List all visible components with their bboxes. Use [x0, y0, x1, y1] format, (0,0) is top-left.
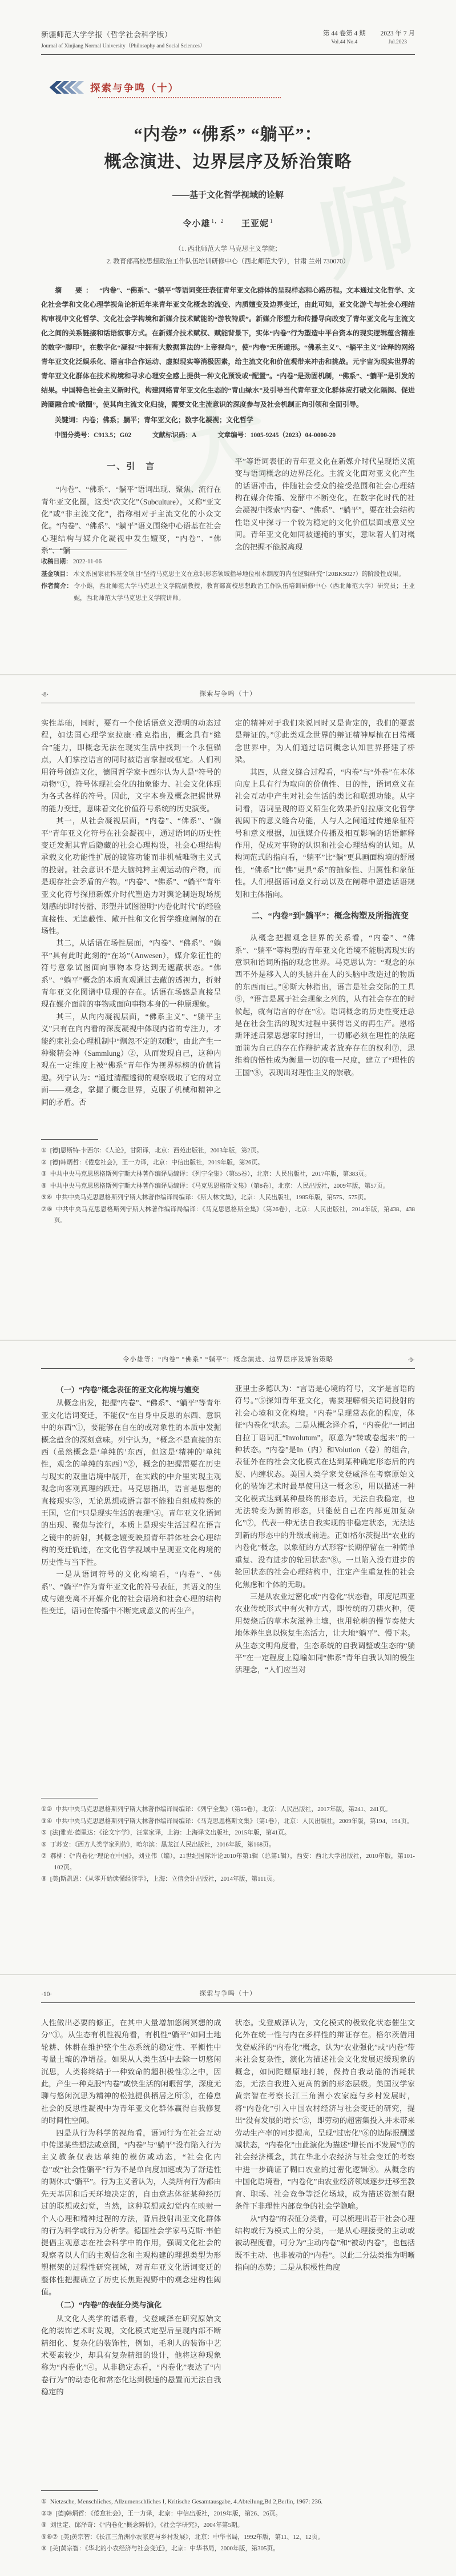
footnote-number: ⑤	[41, 1829, 47, 1836]
body-paragraph: 平”等语词表征的青年亚文化在新媒介时代呈现语义流变与语词概念的边界泛化。主流文化…	[235, 455, 415, 553]
footnote-number: ②③	[41, 2510, 52, 2517]
column-right: 状态。戈登威泽认为，文化模式的极致化状态催生文化外在统一性与内在多样性的辩证存在…	[235, 2017, 415, 2485]
footnote-number: ⑧	[41, 2545, 47, 2552]
classification-line: 中图分类号：C913.5；G02 文献标识码：A 文章编号：1005-9245（…	[41, 429, 415, 442]
authors-line: 令小雄1，2 王亚妮1	[41, 217, 415, 229]
footnote: 作者简介：令小雄，西北师范大学马克思主义学院副教授，教育部高校思想政治工作队伍培…	[41, 580, 415, 604]
footnote: ⑦郝柳：《“内卷化”理论在中国》，刘亚伟（编），21世纪国际评论2010年第1辑…	[41, 1851, 415, 1873]
footnote-number: ①	[41, 1147, 47, 1154]
footnote-list: ①②中共中央马克思恩格斯列宁斯大林著作编译局编译：《列宁全集》（第55卷），北京…	[41, 1804, 415, 1885]
footnote-number: ③	[41, 1171, 47, 1177]
running-header: ·10· 探索与争鸣（十）	[41, 1975, 415, 1998]
footnote-number: ⑤⑥	[41, 1194, 52, 1201]
footnote: 收稿日期：2022-11-06	[41, 556, 415, 568]
clc-label: 中图分类号：	[54, 432, 94, 439]
footnote: ④刘世定、邱泽奇：《“内卷化”概念辨析》，《社会学研究》，2004年第5期。	[41, 2520, 415, 2531]
footnote: ⑤[法]雅克·德里达：《论文字学》，汪堂家译，上海：上海译文出版社，2015年版…	[41, 1828, 415, 1839]
footnote: ⑤⑥⑦[美]黄宗智：《长江三角洲小农家庭与乡村发展》，北京：中华书局，1992年…	[41, 2532, 415, 2543]
title-line-1: “内卷” “佛系” “躺平”：	[134, 125, 322, 144]
journal-date: 2023 年 7 月 Jul.2023	[381, 29, 415, 45]
volume-cn: 第 44 卷第 4 期	[323, 29, 366, 38]
header-rule	[41, 1368, 415, 1369]
section-heading: （二）“内卷”的表征分类与演化	[41, 2299, 221, 2311]
running-title: 探索与争鸣（十）	[81, 689, 375, 698]
column-right: 平”等语词表征的青年亚文化在新媒介时代呈现语义流变与语词概念的边界泛化。主流文化…	[235, 455, 415, 561]
body-paragraph: 人性做出必要的修正，在其中大量增加悠闲冥想的成分”①。从生态有机性视角看，有机性…	[41, 2017, 221, 2127]
journal-name-cn: 新疆师范大学学报（哲学社会科学版）	[41, 29, 205, 39]
footnotes: ①②中共中央马克思恩格斯列宁斯大林著作编译局编译：《列宁全集》（第55卷），北京…	[41, 1798, 415, 1886]
clc-value: C913.5；G02	[94, 432, 131, 439]
body-paragraph: 从概念出发，把握“内卷”、“佛系”、“躺平”等青年亚文化语词变迁，不能仅“在自身…	[41, 1397, 221, 1568]
abstract-text: “内卷”、“佛系”、“躺平”等语词变迁表征青年亚文化群体的呈现样态和心路历程。文…	[41, 286, 415, 408]
banner-underline	[98, 97, 281, 98]
date-en: Jul.2023	[381, 39, 415, 45]
footnote-label: 基金项目：	[41, 571, 72, 578]
footnote: ③中共中央马克思恩格斯列宁斯大林著作编译局编译：《列宁全集》（第55卷），北京：…	[41, 1169, 415, 1180]
footnote-number: ⑦⑧	[41, 1206, 53, 1213]
clc-number: 中图分类号：C913.5；G02	[54, 432, 131, 439]
footnote: ③④中共中央马克思恩格斯列宁斯大林著作编译局编译：《马克思恩格斯文集》（第1卷）…	[41, 1816, 415, 1828]
running-header: ·8· 探索与争鸣（十）	[41, 675, 415, 698]
footnote: ④中共中央马克思恩格斯列宁斯大林著作编译局编译：《马克思恩格斯文集》（第8卷），…	[41, 1181, 415, 1192]
journal-volume: 第 44 卷第 4 期 Vol.44 No.4	[323, 29, 366, 45]
footnote: ①②中共中央马克思恩格斯列宁斯大林著作编译局编译：《列宁全集》（第55卷），北京…	[41, 1804, 415, 1816]
footnote-divider	[41, 2490, 98, 2491]
doc-code-value: A	[192, 432, 196, 439]
page-number: ·8·	[41, 691, 81, 698]
footnote: 基金项目：本文系国家社科基金项目“坚持马克思主义在意识形态领域指导地位根本制度的…	[41, 568, 415, 580]
title-line-2: 概念演进、边界层序及矫治策略	[104, 153, 352, 171]
article-number: 文章编号：1005-9245（2023）04-0000-20	[217, 432, 336, 439]
affiliation-line: （1. 西北师范大学 马克思主义学院；	[41, 243, 415, 255]
keywords-label: 关键词：	[55, 416, 82, 424]
footnote: ②③[德]韩炳哲：《倦怠社会》，王一力译，北京：中信出版社，2019年版，第26…	[41, 2509, 415, 2520]
volume-en: Vol.44 No.4	[323, 39, 366, 45]
column-right: 定的精神对于我们来说同时又是肯定的，我们的要素是辩证的。”③此类观念世界的辩证精…	[235, 717, 415, 1141]
body-paragraph: 状态。戈登威泽认为，文化模式的极致化状态催生文化外在统一性与内在多样性的辩证存在…	[235, 2017, 415, 2213]
body-paragraph: 其三，从向内凝视层面，“佛系主义”、“躺平主义”只有在向内看的深度凝视中体现内省…	[41, 1011, 221, 1108]
keywords-text: 内卷；佛系；躺平；青年亚文化；数字化凝视；文化哲学	[82, 416, 253, 424]
column-right: 亚里士多德认为：“言语是心境的符号，文字是言语的符号。”⑤探知青年亚文化，需要理…	[235, 1383, 415, 1802]
column-left: 人性做出必要的修正，在其中大量增加悠闲冥想的成分”①。从生态有机性视角看，有机性…	[41, 2017, 221, 2485]
body-paragraph: 实性基础，同时，要有一个使话语意义澄明的动态过程，如法国心理学家拉康·雅克指出，…	[41, 717, 221, 815]
doc-code: 文献标识码：A	[152, 432, 196, 439]
affiliation-line: 2. 教育部高校思想政治工作队伍培训研修中心（西北师范大学），甘肃 兰州 730…	[41, 255, 415, 268]
footnote-number: ③④	[41, 1818, 52, 1825]
footnote: ⑤⑥中共中央马克思恩格斯列宁斯大林著作编译局编译：《斯大林文集》，北京：人民出版…	[41, 1192, 415, 1204]
keywords: 关键词：内卷；佛系；躺平；青年亚文化；数字化凝视；文化哲学	[41, 413, 415, 427]
abstract: 摘 要：“内卷”、“佛系”、“躺平”等语词变迁表征青年亚文化群体的呈现样态和心路…	[41, 283, 415, 412]
journal-header: 新疆师范大学学报（哲学社会科学版） Journal of Xinjiang No…	[41, 0, 415, 49]
page-number: ·10·	[41, 1991, 81, 1998]
footnote-number: ②	[41, 1159, 47, 1166]
page-1: 师 大 新疆师范大学学报（哲学社会科学版） Journal of Xinjian…	[0, 0, 456, 674]
banner-title: 探索与争鸣（十）	[90, 81, 179, 95]
column-left: 实性基础，同时，要有一个使话语意义澄明的动态过程，如法国心理学家拉康·雅克指出，…	[41, 717, 221, 1141]
footnotes: ①[德]恩斯特·卡西尔：《人论》，甘阳译，北京：西苑出版社，2003年版，第2页…	[41, 1139, 415, 1227]
header-rule	[41, 54, 415, 55]
first-page-notes: 收稿日期：2022-11-06基金项目：本文系国家社科基金项目“坚持马克思主义在…	[41, 550, 415, 604]
author-name: 令小雄	[183, 219, 210, 229]
body-paragraph: 从“内卷”的表征分类看，可以梳理出若干社会心理结构或行为模式上的分类，一是从心理…	[235, 2213, 415, 2274]
body-paragraph: 从文化人类学的谱系看，戈登威泽在研究原始文化的装饰艺术时发现，文化模式定型后呈现…	[41, 2313, 221, 2398]
column-left: （一）“内卷”概念表征的亚文化构境与嬗变从概念出发，把握“内卷”、“佛系”、“躺…	[41, 1383, 221, 1802]
running-title: 探索与争鸣（十）	[81, 1989, 375, 1998]
footnote-number: ⑤⑥⑦	[41, 2534, 58, 2541]
author-name: 王亚妮	[241, 219, 269, 229]
body-columns: （一）“内卷”概念表征的亚文化构境与嬗变从概念出发，把握“内卷”、“佛系”、“躺…	[41, 1383, 415, 1802]
body-paragraph: 其二，从话语在场性层面，“内卷”、“佛系”、“躺平”具有此时此刻的“在场”（An…	[41, 937, 221, 1010]
body-paragraph: 一是从语词符号的文化构境看，“内卷”、“佛系”、“躺平”作为青年亚文化的符号表征…	[41, 1568, 221, 1617]
header-rule	[41, 703, 415, 703]
section-banner: 探索与争鸣（十）	[49, 80, 415, 95]
footnote-list: ①Nietzsche, Menschliches, Allzumenschlic…	[41, 2497, 415, 2555]
article-no-value: 1005-9245（2023）04-0000-20	[251, 432, 336, 439]
body-paragraph: 亚里士多德认为：“言语是心境的符号，文字是言语的符号。”⑤探知青年亚文化，需要理…	[235, 1383, 415, 1591]
page-3: 令小雄等：“内卷” “佛系” “躺平”：概念演进、边界层序及矫治策略 ·9· （…	[0, 1340, 456, 1974]
footnote: ⑧[美]黄宗智：《华北的小农经济与社会变迁》，北京：中华书局，2000年版，第3…	[41, 2543, 415, 2555]
footnote: ①Nietzsche, Menschliches, Allzumenschlic…	[41, 2497, 415, 2508]
footnote-number: ①②	[41, 1806, 52, 1813]
date-cn: 2023 年 7 月	[381, 29, 415, 38]
footnote: ⑥丁苏安：《西方人类学家列传》，哈尔滨：黑龙江人民出版社，2016年版，第168…	[41, 1840, 415, 1851]
footnote-number: ⑦	[41, 1853, 47, 1860]
author-affil-sup: 1，2	[211, 219, 224, 225]
footnote-label: 作者简介：	[41, 583, 72, 590]
footnote: ①[德]恩斯特·卡西尔：《人论》，甘阳译，北京：西苑出版社，2003年版，第2页…	[41, 1145, 415, 1157]
running-header: 令小雄等：“内卷” “佛系” “躺平”：概念演进、边界层序及矫治策略 ·9·	[41, 1341, 415, 1364]
body-paragraph: 其四，从意义缝合过程看，“内卷”与“外卷”在本体向度上具有行为取向的价值性、目的…	[235, 766, 415, 900]
body-paragraph: 三是从农业过密化或“内卷化”状态看，印度尼西亚农业传统形式中有火种方式，即传统的…	[235, 1591, 415, 1676]
journal-name-en: Journal of Xinjiang Normal University（Ph…	[41, 41, 205, 49]
footnotes: ①Nietzsche, Menschliches, Allzumenschlic…	[41, 2490, 415, 2555]
abstract-label: 摘 要：	[55, 286, 96, 294]
footnote: ⑧[美]斯凯恩：《从零开始读懂经济学》，上海：立信会计出版社，2014年版，第1…	[41, 1874, 415, 1885]
footnote-number: ⑥	[41, 1841, 47, 1848]
footnote-label: 收稿日期：	[41, 558, 72, 565]
section-heading: 二、“内卷”到“躺平”：概念构塑及所指流变	[235, 908, 415, 925]
article-title: “内卷” “佛系” “躺平”： 概念演进、边界层序及矫治策略	[41, 121, 415, 176]
footnote-number: ⑧	[41, 1876, 47, 1882]
header-rule	[41, 2002, 415, 2003]
footnote-list: ①[德]恩斯特·卡西尔：《人论》，甘阳译，北京：西苑出版社，2003年版，第2页…	[41, 1145, 415, 1227]
body-paragraph: 从概念把握观念世界的关系看，“内卷”、“佛系”、“躺平”等构塑的青年亚文化语境不…	[235, 932, 415, 1079]
footnote-divider	[41, 550, 127, 550]
body-columns: 实性基础，同时，要有一个使话语意义澄明的动态过程，如法国心理学家拉康·雅克指出，…	[41, 717, 415, 1141]
page-2: ·8· 探索与争鸣（十） 实性基础，同时，要有一个使话语意义澄明的动态过程，如法…	[0, 674, 456, 1340]
article-no-label: 文章编号：	[217, 432, 251, 439]
footnote: ⑦⑧中共中央马克思恩格斯列宁斯大林著作编译局编译：《马克思恩格斯全集》（第26卷…	[41, 1204, 415, 1227]
footnote-number: ①	[41, 2498, 47, 2505]
footnote-number: ④	[41, 2522, 47, 2529]
author-affil-sup: 1	[270, 219, 273, 225]
doc-code-label: 文献标识码：	[152, 432, 192, 439]
footnote-divider	[41, 1798, 98, 1798]
section-heading: （一）“内卷”概念表征的亚文化构境与嬗变	[41, 1384, 221, 1396]
affiliation: （1. 西北师范大学 马克思主义学院； 2. 教育部高校思想政治工作队伍培训研修…	[41, 243, 415, 269]
page-4: ·10· 探索与争鸣（十） 人性做出必要的修正，在其中大量增加悠闲冥想的成分”①…	[0, 1974, 456, 2576]
body-paragraph: “内卷”、“佛系”、“躺平”语词出现、聚焦、流行在青年亚文化圈，这类“次文化”（…	[41, 483, 221, 556]
column-left: 一、引 言“内卷”、“佛系”、“躺平”语词出现、聚焦、流行在青年亚文化圈，这类“…	[41, 455, 221, 561]
section-heading: 一、引 言	[41, 461, 221, 473]
page-number: ·9·	[375, 1357, 415, 1364]
footnote-divider	[41, 1139, 98, 1140]
body-paragraph: 定的精神对于我们来说同时又是肯定的，我们的要素是辩证的。”③此类观念世界的辩证精…	[235, 717, 415, 766]
footnote-list: 收稿日期：2022-11-06基金项目：本文系国家社科基金项目“坚持马克思主义在…	[41, 556, 415, 604]
article-subtitle: ——基于文化哲学视域的诠解	[41, 189, 415, 201]
body-columns: 一、引 言“内卷”、“佛系”、“躺平”语词出现、聚焦、流行在青年亚文化圈，这类“…	[41, 455, 415, 561]
body-paragraph: 四是从行为科学的视角看，语词行为在社会互动中传递某些想法或意图，“内卷”与“躺平…	[41, 2127, 221, 2298]
author: 令小雄1，2	[183, 219, 224, 229]
footnote: ②[德]韩炳哲：《倦怠社会》，王一力译，北京：中信出版社，2019年版，第26页…	[41, 1157, 415, 1169]
running-title: 令小雄等：“内卷” “佛系” “躺平”：概念演进、边界层序及矫治策略	[81, 1355, 375, 1364]
body-columns: 人性做出必要的修正，在其中大量增加悠闲冥想的成分”①。从生态有机性视角看，有机性…	[41, 2017, 415, 2485]
body-paragraph: 其一，从社会凝视层面，“内卷”、“佛系”、“躺平”青年亚文化符号在社会凝视中，通…	[41, 815, 221, 937]
footnote-number: ④	[41, 1183, 47, 1189]
author: 王亚妮1	[241, 219, 273, 229]
